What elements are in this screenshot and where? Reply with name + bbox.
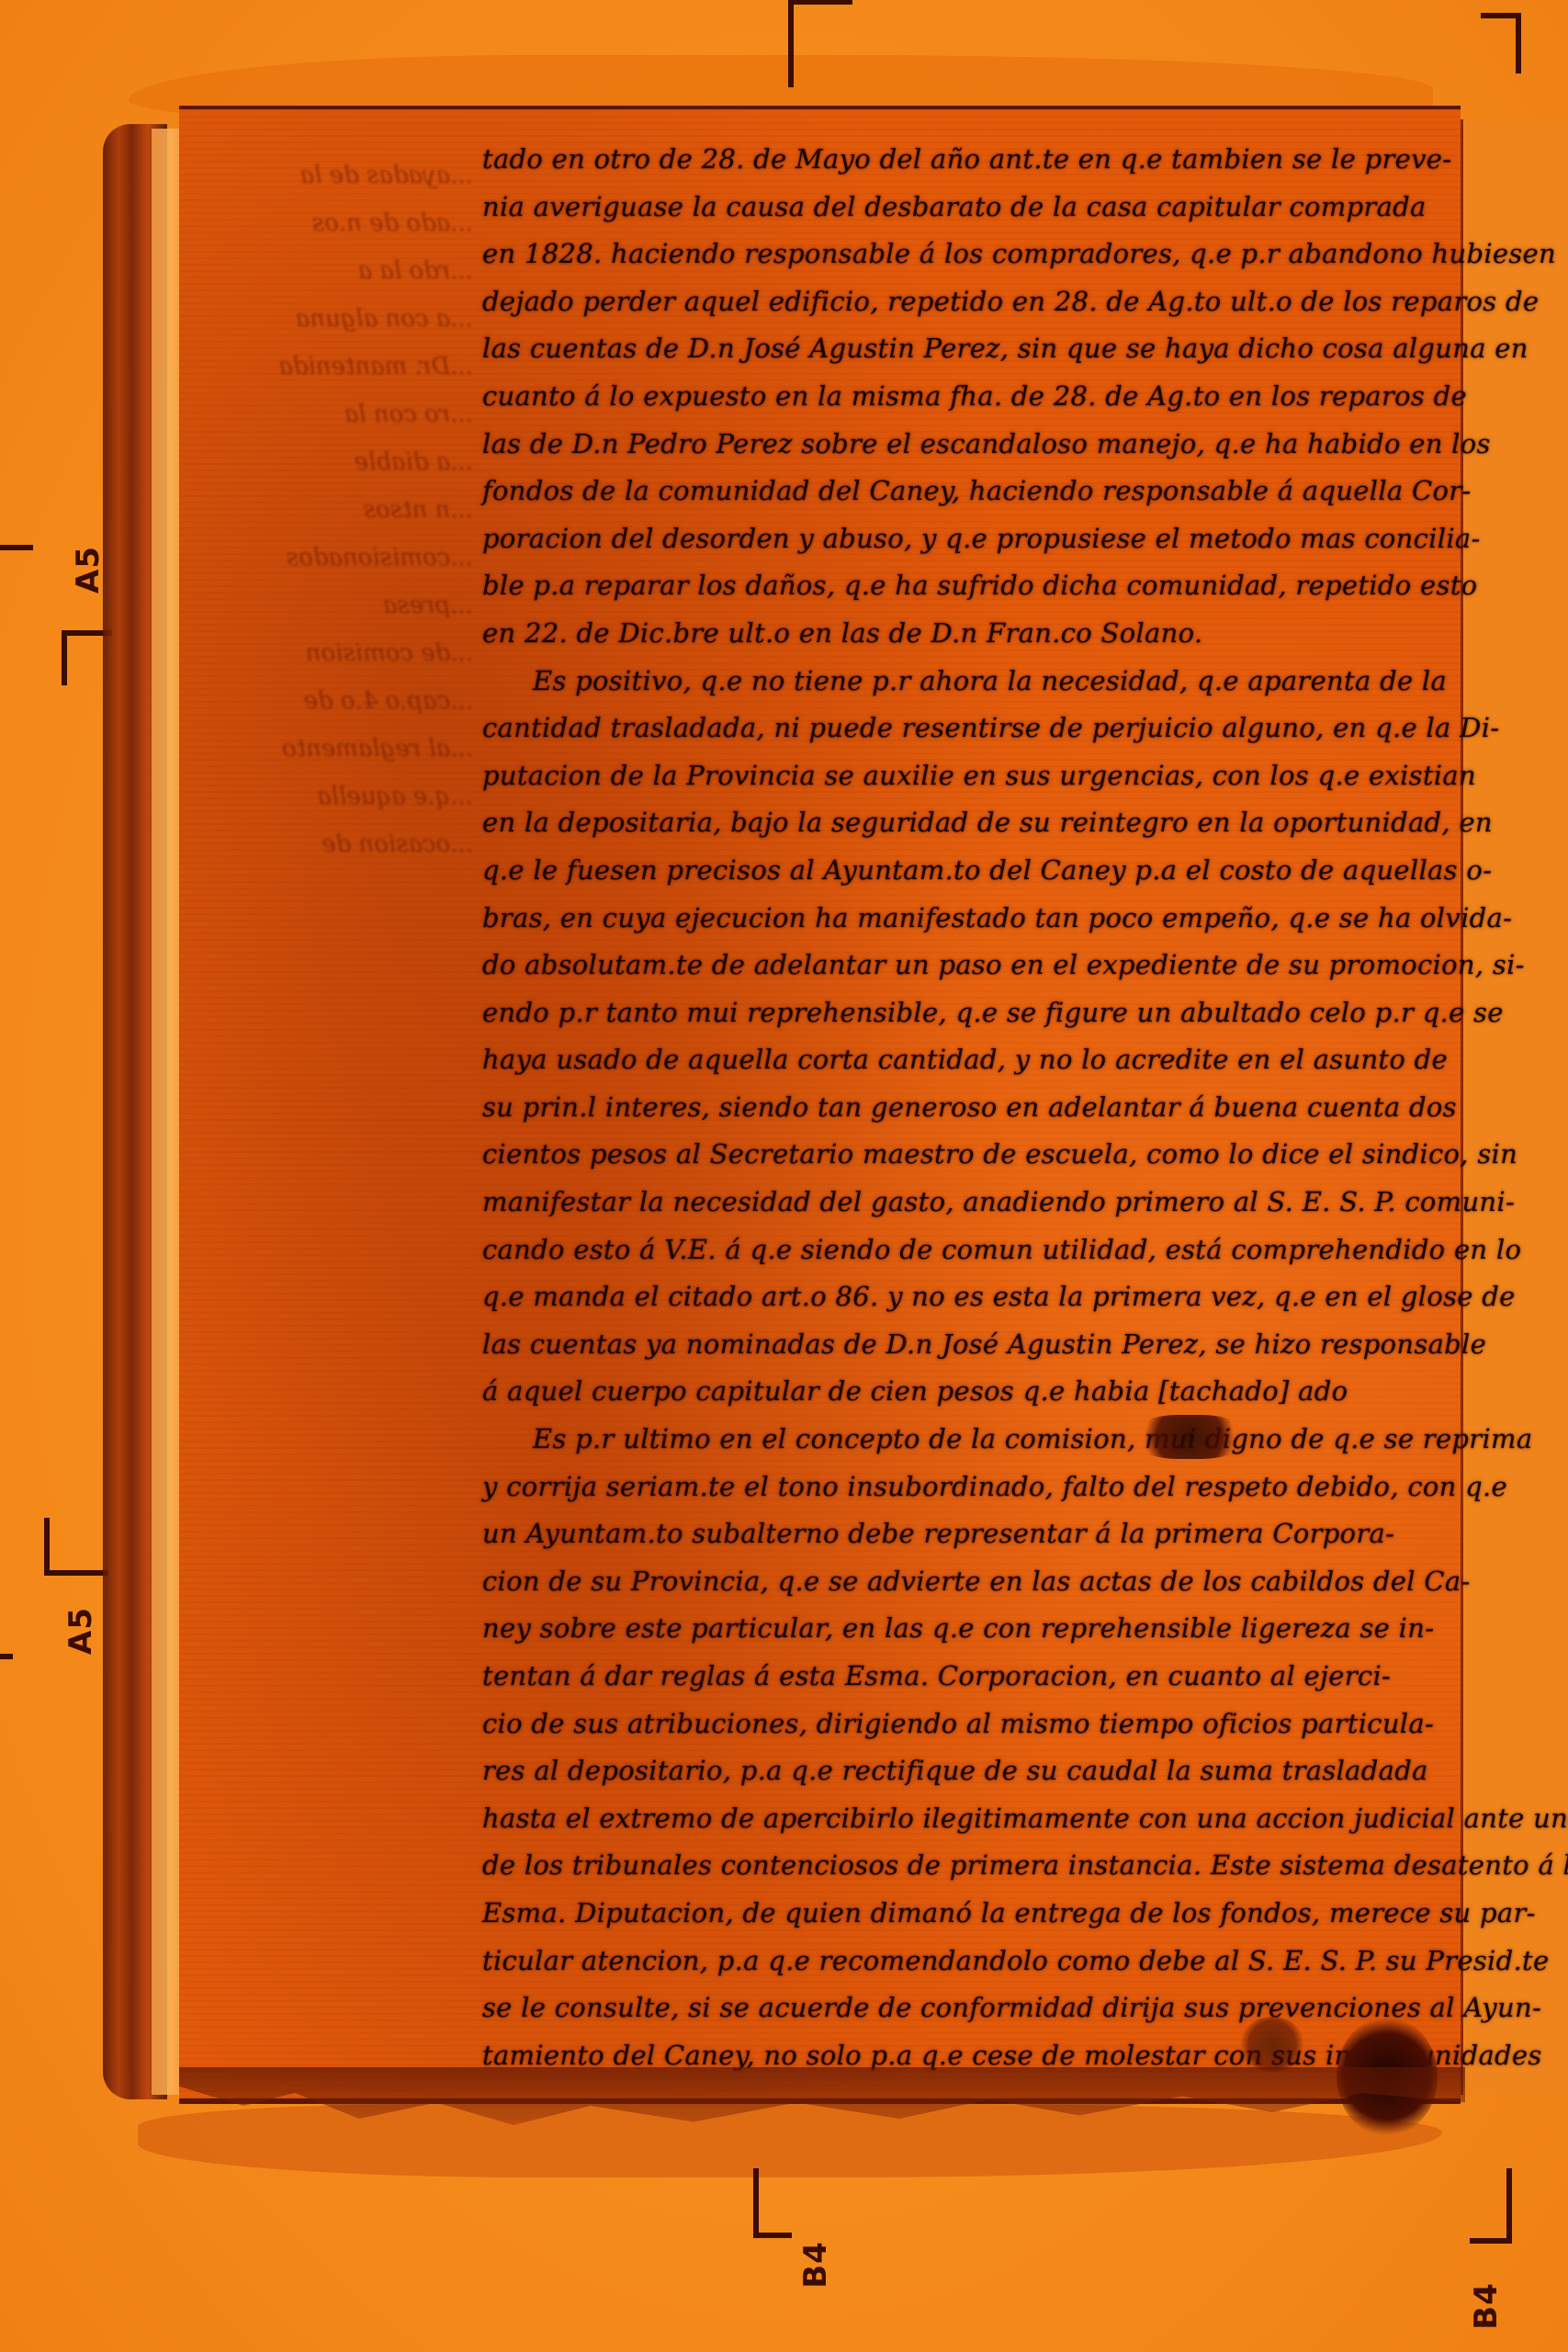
manuscript-line-25: q.e manda el citado art.o 86. y no es es…: [482, 1273, 1456, 1321]
ink-blot-line-26: [1134, 1415, 1245, 1459]
manuscript-line-32: ney sobre este particular, en las q.e co…: [482, 1605, 1456, 1653]
manuscript-line-11: en 22. de Dic.bre ult.o en las de D.n Fr…: [482, 610, 1456, 658]
crop-mark-bottom-center-h: [753, 2233, 792, 2238]
crop-mark-bottom-right-h: [1470, 2238, 1512, 2244]
bleed-line: ...Dr. mantenida: [197, 343, 473, 390]
manuscript-line-33: tentan á dar reglas á esta Esma. Corpora…: [482, 1653, 1456, 1701]
bleed-line: ...ocasion de: [197, 820, 473, 868]
bleed-line: ...n ntsos: [197, 486, 473, 534]
manuscript-line-34: cio de sus atribuciones, dirigiendo al m…: [482, 1701, 1456, 1748]
frame-marker-a5-upper: A5: [70, 546, 107, 594]
crop-mark-left-bracket-upper-v: [62, 630, 67, 685]
bleed-line: ...presa: [197, 582, 473, 629]
bleed-line: ...ado de n.os: [197, 199, 473, 247]
bleed-line: ...a diable: [197, 438, 473, 486]
manuscript-line-31: cion de su Provincia, q.e se advierte en…: [482, 1558, 1456, 1606]
manuscript-line-1: tado en otro de 28. de Mayo del año ant.…: [482, 136, 1456, 184]
bleed-line: ...al reglamento: [197, 725, 473, 773]
manuscript-line-30: un Ayuntam.to subalterno debe representa…: [482, 1510, 1456, 1558]
manuscript-line-29: y corrija seriam.te el tono insubordinad…: [482, 1464, 1456, 1511]
bleed-line: ...a con alguna: [197, 295, 473, 343]
frame-marker-b4-center: B4: [797, 2241, 834, 2289]
manuscript-line-23: manifestar la necesidad del gasto, anadi…: [482, 1179, 1456, 1227]
page-shadow-bottom: [138, 2104, 1442, 2177]
bleed-line: ...rdo la a: [197, 247, 473, 295]
manuscript-line-13: cantidad trasladada, ni puede resentirse…: [482, 705, 1456, 752]
frame-marker-a5-lower: A5: [62, 1607, 99, 1655]
crop-mark-top-left-horizontal: [788, 0, 852, 5]
crop-mark-bottom-right-v: [1506, 2168, 1512, 2244]
manuscript-line-8: fondos de la comunidad del Caney, hacien…: [482, 468, 1456, 515]
manuscript-line-9: poracion del desorden y abuso, y q.e pro…: [482, 515, 1456, 563]
manuscript-line-37: de los tribunales contenciosos de primer…: [482, 1842, 1456, 1890]
crop-mark-top-left-vertical: [788, 0, 794, 87]
manuscript-line-2: nia averiguase la causa del desbarato de…: [482, 184, 1456, 232]
bleed-line: ...ayadas de la: [197, 152, 473, 199]
manuscript-line-17: bras, en cuya ejecucion ha manifestado t…: [482, 895, 1456, 943]
manuscript-line-7: las de D.n Pedro Perez sobre el escandal…: [482, 421, 1456, 469]
manuscript-line-18: do absolutam.te de adelantar un paso en …: [482, 942, 1456, 989]
manuscript-line-36: hasta el extremo de apercibirlo ilegitim…: [482, 1795, 1456, 1843]
manuscript-line-5: las cuentas de D.n José Agustin Perez, s…: [482, 325, 1456, 373]
crop-mark-bottom-center-v: [753, 2168, 759, 2237]
manuscript-line-16: q.e le fuesen precisos al Ayuntam.to del…: [482, 847, 1456, 895]
ink-stain-small: [1240, 2017, 1304, 2072]
manuscript-line-20: haya usado de aquella corta cantidad, y …: [482, 1036, 1456, 1084]
bleed-line: ...q.e aquella: [197, 773, 473, 820]
frame-marker-b4-right: B4: [1468, 2282, 1505, 2330]
manuscript-line-3: en 1828. haciendo responsable á los comp…: [482, 231, 1456, 278]
bleed-line: ...de comision: [197, 629, 473, 677]
manuscript-line-21: su prin.l interes, siendo tan generoso e…: [482, 1084, 1456, 1132]
manuscript-line-14: putacion de la Provincia se auxilie en s…: [482, 752, 1456, 800]
manuscript-line-19: endo p.r tanto mui reprehensible, q.e se…: [482, 989, 1456, 1037]
manuscript-line-24: cando esto á V.E. á q.e siendo de comun …: [482, 1227, 1456, 1274]
manuscript-line-26: las cuentas ya nominadas de D.n José Agu…: [482, 1321, 1456, 1369]
manuscript-line-38: Esma. Diputacion, de quien dimanó la ent…: [482, 1890, 1456, 1938]
manuscript-line-22: cientos pesos al Secretario maestro de e…: [482, 1131, 1456, 1179]
manuscript-line-15: en la depositaria, bajo la seguridad de …: [482, 799, 1456, 847]
bleed-line: ...comisionados: [197, 534, 473, 582]
manuscript-text: tado en otro de 28. de Mayo del año ant.…: [482, 136, 1456, 2079]
bleed-line: ...cap.o 4.o de: [197, 677, 473, 725]
manuscript-line-4: dejado perder aquel edificio, repetido e…: [482, 278, 1456, 326]
crop-mark-left-tick-upper: [0, 545, 33, 550]
crop-mark-left-tick-lower: [0, 1654, 13, 1659]
paragraph-start-line: Es positivo, q.e no tiene p.r ahora la n…: [482, 658, 1456, 706]
bleed-line: ...ro con la: [197, 390, 473, 438]
manuscript-line-6: cuanto á lo expuesto en la misma fha. de…: [482, 373, 1456, 421]
manuscript-line-struck: á aquel cuerpo capitular de cien pesos q…: [482, 1368, 1456, 1416]
crop-mark-top-right-horizontal: [1481, 13, 1519, 18]
adjacent-page-edge: [1461, 119, 1568, 2095]
manuscript-line-10: ble p.a reparar los daños, q.e ha sufrid…: [482, 562, 1456, 610]
crop-mark-top-right-vertical: [1516, 13, 1521, 73]
manuscript-line-40: se le consulte, si se acuerde de conform…: [482, 1984, 1456, 2032]
manuscript-line-39: ticular atencion, p.a q.e recomendandolo…: [482, 1938, 1456, 1985]
crop-mark-left-bracket-lower-v: [44, 1518, 50, 1575]
paragraph-start-line: Es p.r ultimo en el concepto de la comis…: [482, 1416, 1456, 1464]
manuscript-line-35: res al depositario, p.a q.e rectifique d…: [482, 1747, 1456, 1795]
crop-mark-left-bracket-lower-h: [44, 1570, 108, 1576]
bleed-through-text: ...ayadas de la ...ado de n.os ...rdo la…: [197, 152, 473, 868]
